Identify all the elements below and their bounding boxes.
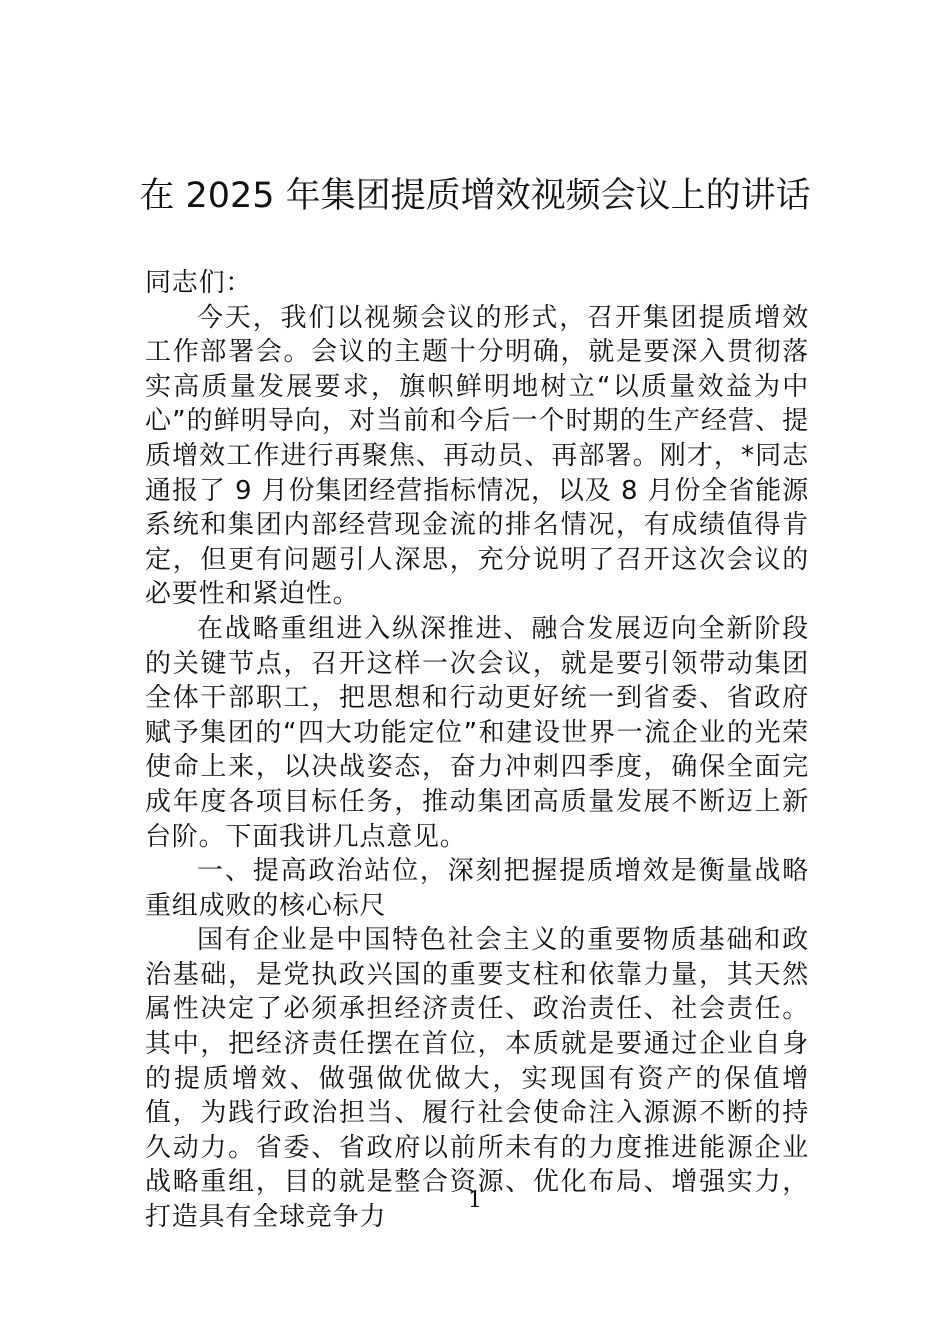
salutation: 同志们： [145,266,809,301]
section-heading: 一、提高政治站位，深刻把握提质增效是衡量战略重组成败的核心标尺 [145,854,809,923]
document-page: 在 2025 年集团提质增效视频会议上的讲话 同志们： 今天，我们以视频会议的形… [0,0,950,1344]
page-number: 1 [0,1188,950,1213]
paragraph-intro: 今天，我们以视频会议的形式，召开集团提质增效工作部署会。会议的主题十分明确，就是… [145,301,809,612]
document-title: 在 2025 年集团提质增效视频会议上的讲话 [0,172,950,220]
document-body: 同志们： 今天，我们以视频会议的形式，召开集团提质增效工作部署会。会议的主题十分… [145,266,809,1235]
paragraph-context: 在战略重组进入纵深推进、融合发展迈向全新阶段的关键节点，召开这样一次会议，就是要… [145,612,809,854]
